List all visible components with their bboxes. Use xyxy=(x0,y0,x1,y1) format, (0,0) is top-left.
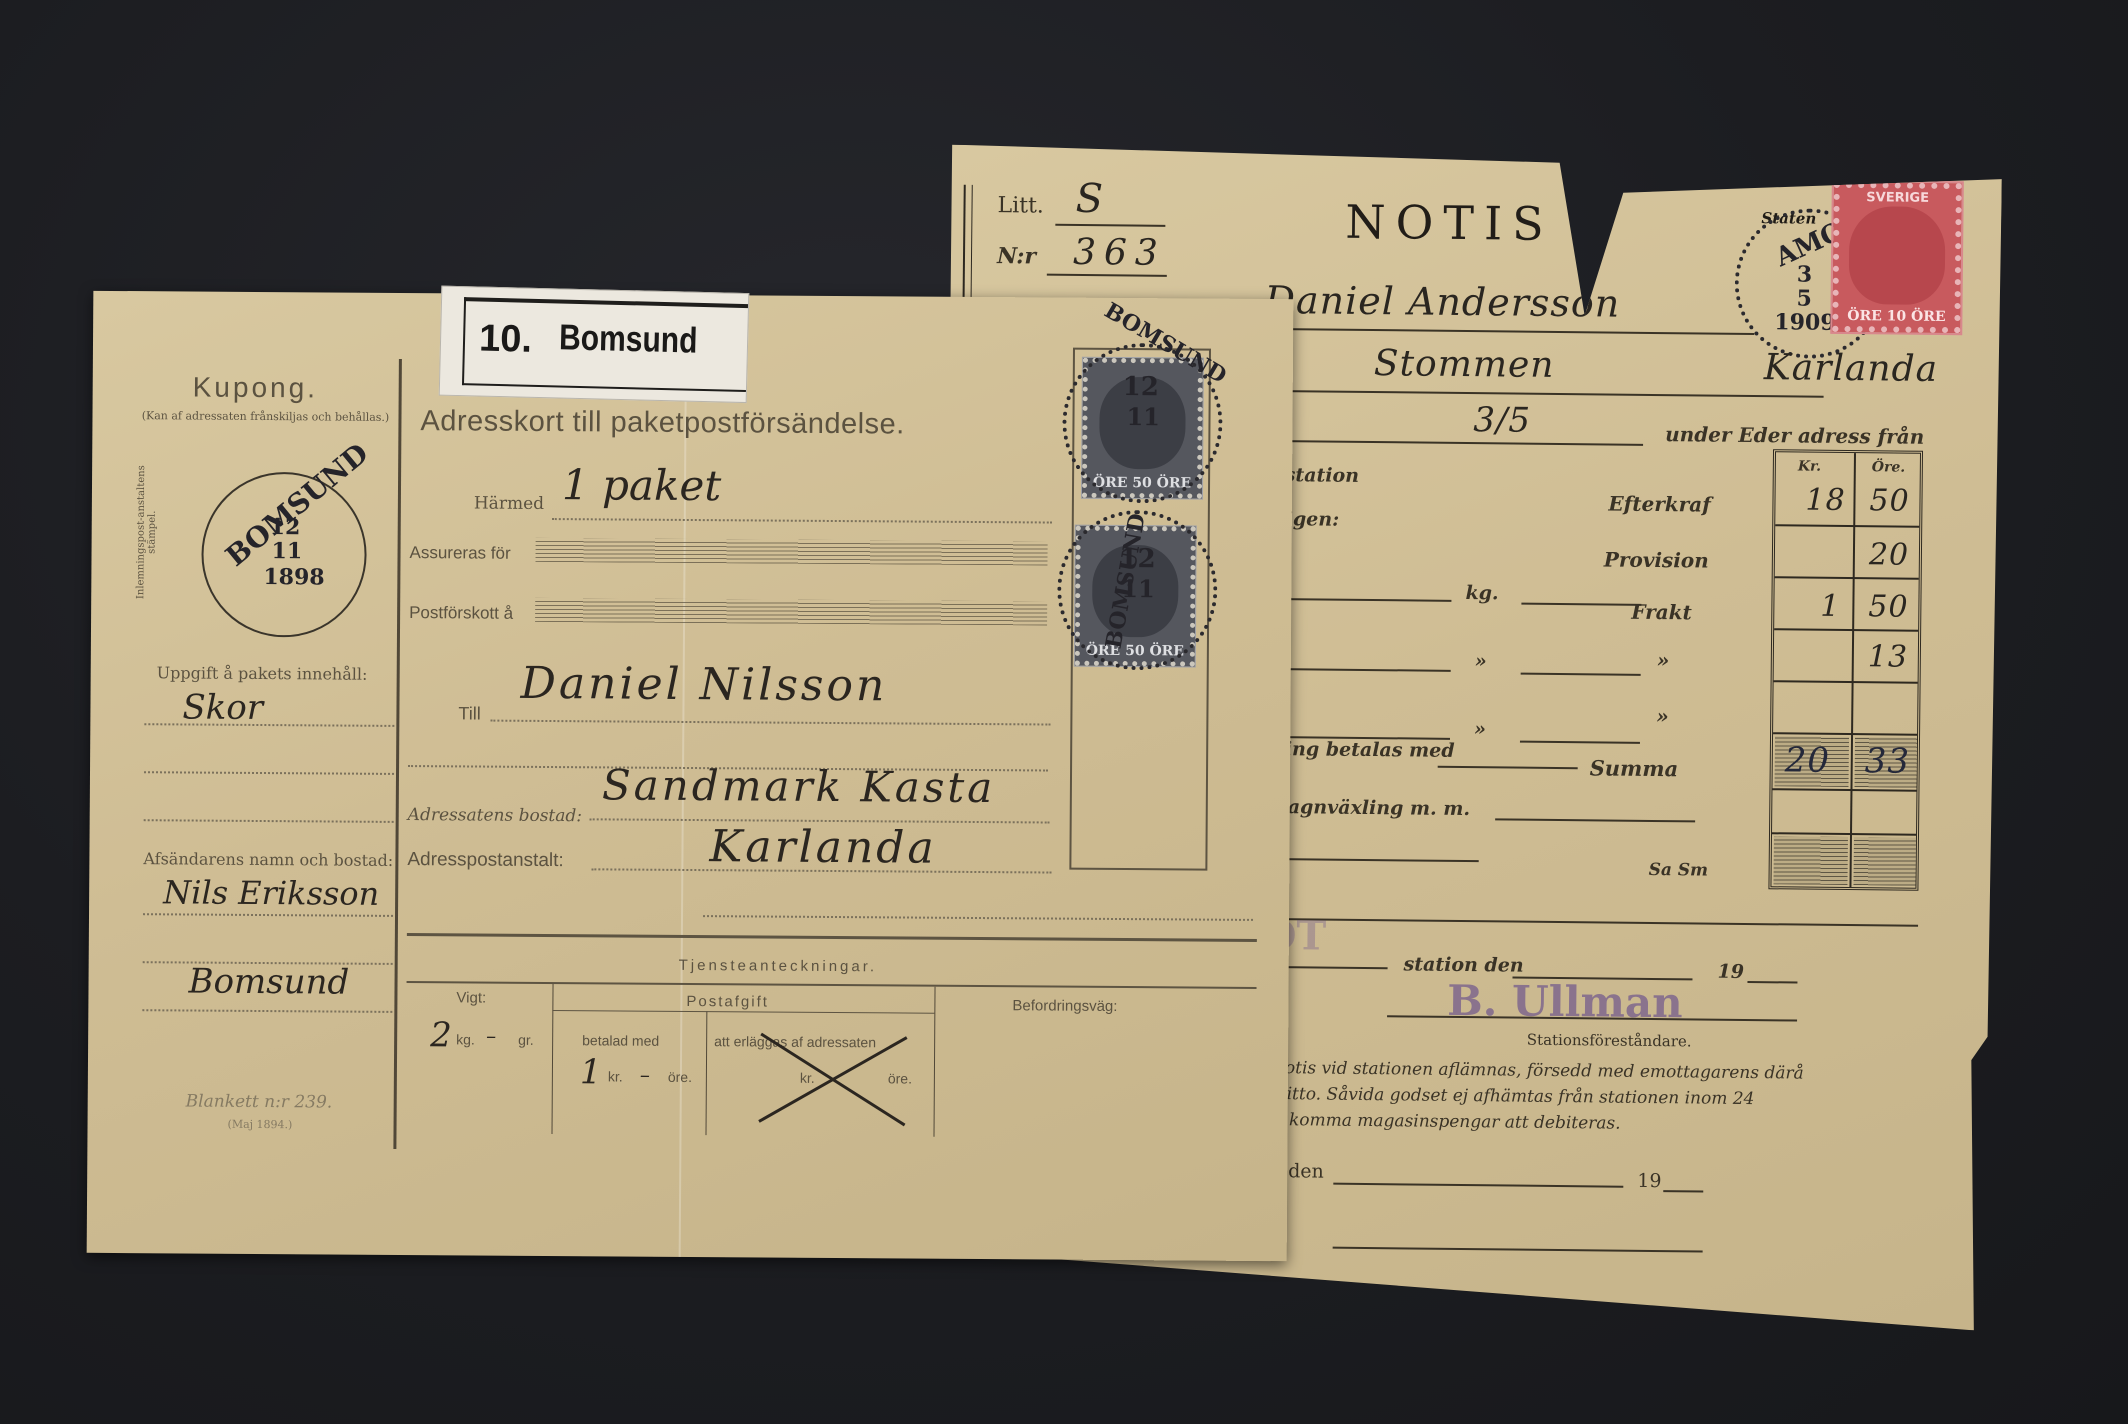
amot-cancel-month: 5 xyxy=(1796,285,1812,311)
signature-rule-2 xyxy=(1333,1247,1703,1253)
vigt-gr: – xyxy=(486,1024,496,1048)
erlaggas-kr-unit: kr. xyxy=(800,1070,815,1086)
summa-ore: 33 xyxy=(1865,741,1911,781)
destination-label: 10. Bomsund xyxy=(439,286,750,403)
date-rule xyxy=(1233,440,1643,446)
betalas-rule xyxy=(1438,766,1578,769)
till-label: Till xyxy=(458,703,480,724)
till-value: Daniel Nilsson xyxy=(520,658,887,712)
long-rule xyxy=(1228,918,1918,927)
sender-rule-3 xyxy=(142,1009,392,1013)
fee-frakt-ore: 50 xyxy=(1868,589,1909,624)
harmed-value: 1 paket xyxy=(562,460,722,510)
contents-rule-3 xyxy=(144,819,394,823)
erlaggas-ore-unit: öre. xyxy=(888,1070,912,1086)
ditto-1: » xyxy=(1475,650,1487,672)
postforskott-label: Postförskott å xyxy=(409,603,513,624)
service-notes-rule xyxy=(407,981,1257,989)
contents-value: Skor xyxy=(182,687,263,728)
betalad-kr: 1 xyxy=(580,1052,602,1092)
kvitteras-rule xyxy=(1333,1183,1623,1188)
betalad-kr-unit: kr. xyxy=(608,1068,623,1084)
nr-label: N:r xyxy=(997,243,1036,269)
litt-label: Litt. xyxy=(997,193,1044,218)
vigt-gr-unit: gr. xyxy=(518,1032,534,1048)
year-rule-2 xyxy=(1663,1190,1703,1192)
amot-cancel-day: 3 xyxy=(1797,261,1813,287)
blank-rule xyxy=(703,915,1253,921)
fee-col-kr: Kr. xyxy=(1798,458,1821,474)
recipient-name: Daniel Andersson xyxy=(1264,278,1620,326)
postafgift-inner-divider xyxy=(705,1011,707,1135)
fee-table-column-divider xyxy=(1849,453,1856,887)
kupong-divider xyxy=(393,359,402,1149)
stamp-side-label: Inlemningspost-anstaltens stämpel. xyxy=(135,457,158,607)
year-rule xyxy=(1747,981,1797,984)
sa-sm-ore-hatch xyxy=(1853,837,1915,886)
postanstalt-label: Adresspostanstalt: xyxy=(407,849,563,872)
section-divider xyxy=(407,933,1257,942)
bomsund-cancel-month: 11 xyxy=(271,538,302,564)
summa-label: Summa xyxy=(1590,755,1679,781)
recipient-place-rule xyxy=(1234,390,1824,398)
postafgift-header-rule xyxy=(552,1010,934,1014)
fee-label-provision: Provision xyxy=(1604,547,1709,572)
postanstalt-value: Karlanda xyxy=(709,821,937,874)
postafgift-label: Postafgift xyxy=(686,993,769,1011)
form-date: (Maj 1894.) xyxy=(228,1118,293,1131)
postforskott-stripes xyxy=(535,598,1047,626)
fee-row-line xyxy=(1773,732,1917,736)
nr-rule xyxy=(1047,274,1167,277)
service-notes-title: Tjensteanteckningar. xyxy=(679,957,878,975)
fee-row-line xyxy=(1775,524,1919,528)
bostad-value: Sandmark Kasta xyxy=(602,760,996,812)
king-portrait-icon xyxy=(1849,206,1946,305)
att-erlaggas-label: att erläggas af adressaten xyxy=(714,1033,876,1050)
recipient-place: Stommen xyxy=(1374,343,1555,386)
betalad-ore-unit: öre. xyxy=(668,1069,692,1085)
under-eder-adress: under Eder adress från xyxy=(1665,422,1924,449)
contents-rule-2 xyxy=(144,771,394,775)
bomsund-cancel-year: 1898 xyxy=(263,564,324,590)
fee-row-line xyxy=(1774,680,1918,684)
weight-rule-2b xyxy=(1521,673,1641,676)
nr-value: 363 xyxy=(1073,232,1166,274)
kupong-subtitle: (Kan af adressaten frånskiljas och behål… xyxy=(140,409,390,424)
fee-label-ditto-2: » xyxy=(1656,704,1669,728)
vigt-label: Vigt: xyxy=(456,989,486,1006)
fee-frakt-kr: 1 xyxy=(1820,589,1840,624)
form-number: Blankett n:r 239. xyxy=(186,1091,333,1112)
stamp-value: ÖRE 10 ÖRE xyxy=(1838,308,1954,325)
sender-rule-1 xyxy=(143,913,393,917)
sender-place: Bomsund xyxy=(188,962,349,1003)
adresskort-document: Kupong. (Kan af adressaten frånskiljas o… xyxy=(87,291,1294,1261)
vagnvaxling-rule xyxy=(1495,818,1695,822)
vigt-kg-unit: kg. xyxy=(456,1031,475,1047)
notice-line-2: som kvitto. Såvida godset ej afhämtas fr… xyxy=(1226,1084,1754,1110)
stamp-country: SVERIGE xyxy=(1840,190,1956,206)
contents-label: Uppgift å pakets innehåll: xyxy=(157,663,368,683)
weight-rule-3b xyxy=(1520,741,1640,744)
weight-rule-1b xyxy=(1521,603,1641,606)
litt-rule xyxy=(1055,224,1165,227)
date-fragment: 3/5 xyxy=(1473,400,1531,441)
adresskort-title: Adresskort till paketpostförsändelse. xyxy=(420,405,905,441)
fee-row-line xyxy=(1772,788,1916,792)
stamp-1-cancel-month: 11 xyxy=(1126,402,1160,431)
year-prefix: 19 xyxy=(1717,961,1744,983)
vigt-kg: 2 xyxy=(430,1015,452,1055)
bostad-label: Adressatens bostad: xyxy=(408,805,582,826)
fee-extra-ore: 13 xyxy=(1868,639,1909,674)
bomsund-cancel-day: 12 xyxy=(270,514,301,540)
postafgift-divider xyxy=(933,987,935,1137)
stamp-1-cancel-day: 12 xyxy=(1123,372,1159,402)
notis-title: NOTIS xyxy=(1345,195,1554,251)
year-prefix-2: 19 xyxy=(1637,1170,1661,1192)
fee-col-ore: Öre. xyxy=(1872,459,1906,475)
fee-efterkraf-ore: 50 xyxy=(1869,483,1910,518)
label-number: 10. xyxy=(479,318,533,362)
station-text: station xyxy=(1285,464,1359,487)
sweden-10-ore-stamp: SVERIGE ÖRE 10 ÖRE xyxy=(1832,182,1962,333)
sa-sm-kr-hatch xyxy=(1773,836,1847,885)
sa-sm-label: Sa Sm xyxy=(1649,860,1709,881)
kupong-title: Kupong. xyxy=(193,372,319,405)
notice-line-1: enna notis vid stationen aflämnas, förse… xyxy=(1226,1058,1803,1084)
fee-provision-ore: 20 xyxy=(1869,537,1910,572)
recipient-name-rule xyxy=(1234,328,1754,335)
label-place: Bomsund xyxy=(559,318,698,362)
amot-cancel-year: 1909 xyxy=(1774,309,1836,336)
fee-row-line xyxy=(1775,576,1919,580)
vigt-divider xyxy=(551,984,553,1134)
fee-label-efterkraf: Efterkraf xyxy=(1608,492,1711,517)
assureras-label: Assureras för xyxy=(409,543,510,564)
litt-value: S xyxy=(1075,176,1104,222)
recipient-post: Karlanda xyxy=(1764,347,1939,390)
kg-label: kg. xyxy=(1465,582,1498,604)
harmed-rule xyxy=(552,518,1052,523)
station-den-text: station den xyxy=(1404,953,1524,976)
till-rule xyxy=(490,720,1050,726)
harmed-label: Härmed xyxy=(474,493,544,513)
betalad-med-label: betalad med xyxy=(582,1032,659,1049)
fee-table: Kr. Öre. 18 50 20 1 50 13 20 33 xyxy=(1768,449,1923,891)
fee-row-line xyxy=(1772,832,1916,836)
fee-label-ditto-1: » xyxy=(1657,648,1670,672)
assureras-stripes xyxy=(535,538,1047,566)
sender-label: Afsändarens namn och bostad: xyxy=(143,849,393,870)
befordringsvag-label: Befordringsväg: xyxy=(1012,997,1117,1015)
fee-efterkraf-kr: 18 xyxy=(1805,483,1846,518)
ditto-2: » xyxy=(1474,718,1486,740)
summa-kr: 20 xyxy=(1785,740,1831,780)
fee-label-frakt: Frakt xyxy=(1631,600,1692,625)
sender-name: Nils Eriksson xyxy=(163,873,379,913)
betalad-ore: – xyxy=(640,1063,650,1087)
stationsforestandare: Stationsföreståndare. xyxy=(1527,1031,1692,1051)
fee-row-line xyxy=(1774,628,1918,632)
